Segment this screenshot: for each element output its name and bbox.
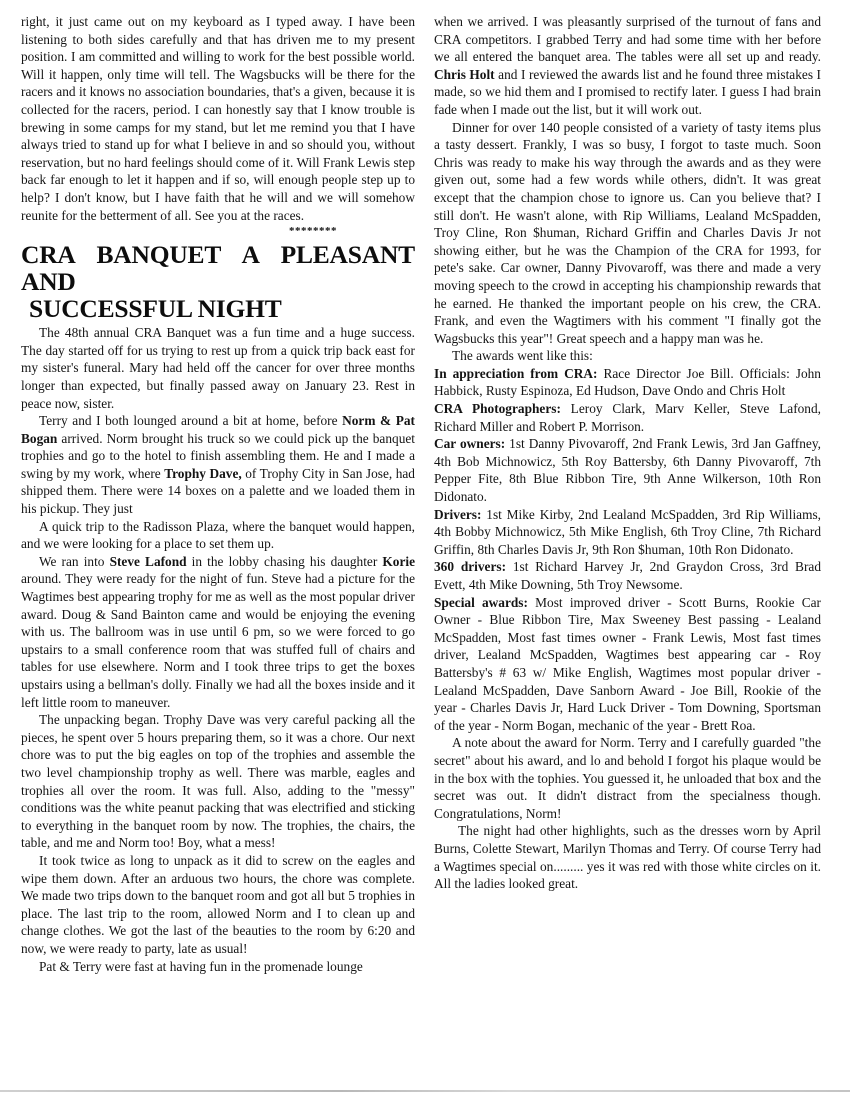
text-run: in the lobby chasing his daughter: [187, 554, 383, 569]
continued-paragraph: right, it just came out on my keyboard a…: [21, 13, 415, 224]
paragraph: Terry and I both lounged around a bit at…: [21, 412, 415, 518]
left-column: right, it just came out on my keyboard a…: [21, 13, 415, 975]
right-column: when we arrived. I was pleasantly surpri…: [434, 13, 821, 893]
paragraph: Dinner for over 140 people consisted of …: [434, 119, 821, 348]
paragraph: It took twice as long to unpack as it di…: [21, 852, 415, 958]
paragraph: A note about the award for Norm. Terry a…: [434, 734, 821, 822]
headline-line-1: CRA BANQUET A PLEASANT AND: [21, 241, 415, 295]
award-entry-drivers: Drivers: 1st Mike Kirby, 2nd Lealand McS…: [434, 506, 821, 559]
award-entry-appreciation: In appreciation from CRA: Race Director …: [434, 365, 821, 400]
text-run: when we arrived. I was pleasantly surpri…: [434, 14, 821, 64]
text-run: We ran into: [39, 554, 110, 569]
award-label: Car owners:: [434, 436, 505, 451]
award-label: 360 drivers:: [434, 559, 506, 574]
paragraph: We ran into Steve Lafond in the lobby ch…: [21, 553, 415, 711]
paragraph: The unpacking began. Trophy Dave was ver…: [21, 711, 415, 852]
bold-name: Chris Holt: [434, 67, 495, 82]
bold-name: Korie: [382, 554, 415, 569]
award-entry-photographers: CRA Photographers: Leroy Clark, Marv Kel…: [434, 400, 821, 435]
paragraph: A quick trip to the Radisson Plaza, wher…: [21, 518, 415, 553]
award-label: In appreciation from CRA:: [434, 366, 597, 381]
paragraph: Pat & Terry were fast at having fun in t…: [21, 958, 415, 976]
section-separator: ********: [21, 224, 415, 238]
award-label: Drivers:: [434, 507, 481, 522]
paragraph: The 48th annual CRA Banquet was a fun ti…: [21, 324, 415, 412]
text-run: around. They were ready for the night of…: [21, 571, 415, 709]
bold-name: Steve Lafond: [110, 554, 187, 569]
text-run: Terry and I both lounged around a bit at…: [39, 413, 342, 428]
paragraph: The night had other highlights, such as …: [434, 822, 821, 892]
award-entry-car-owners: Car owners: 1st Danny Pivovaroff, 2nd Fr…: [434, 435, 821, 505]
headline-line-2: SUCCESSFUL NIGHT: [21, 295, 415, 322]
award-text: Most improved driver - Scott Burns, Rook…: [434, 595, 821, 733]
award-entry-special: Special awards: Most improved driver - S…: [434, 594, 821, 735]
bold-name: Trophy Dave,: [164, 466, 242, 481]
article-headline: CRA BANQUET A PLEASANT AND SUCCESSFUL NI…: [21, 241, 415, 322]
award-label: CRA Photographers:: [434, 401, 561, 416]
award-text: 1st Mike Kirby, 2nd Lealand McSpadden, 3…: [434, 507, 821, 557]
awards-intro: The awards went like this:: [434, 347, 821, 365]
award-label: Special awards:: [434, 595, 528, 610]
page-bottom-edge: [0, 1090, 850, 1092]
paragraph: when we arrived. I was pleasantly surpri…: [434, 13, 821, 119]
award-entry-360-drivers: 360 drivers: 1st Richard Harvey Jr, 2nd …: [434, 558, 821, 593]
